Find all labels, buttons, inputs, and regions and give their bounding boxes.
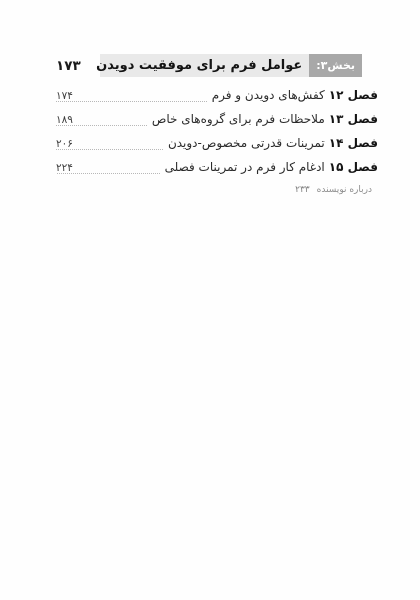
part-page-number: ۱۷۳ — [56, 58, 81, 74]
about-author-page-number: ۲۳۳ — [295, 185, 310, 195]
toc-entry: فصل ۱۲ کفش‌های دویدن و فرم ۱۷۴ — [56, 87, 378, 104]
chapter-label: فصل ۱۵ — [329, 159, 378, 176]
part-header-bar: بخش۳: عوامل فرم برای موفقیت دویدن — [100, 54, 362, 77]
chapter-page-number: ۱۷۴ — [56, 90, 73, 102]
about-author-label: درباره نویسنده — [317, 185, 372, 195]
part-number-label: بخش۳: — [309, 54, 362, 77]
part-title: عوامل فرم برای موفقیت دویدن — [96, 58, 302, 73]
dotted-leader — [56, 101, 207, 102]
toc-entry: فصل ۱۵ ادغام کار فرم در تمرینات فصلی ۲۲۴ — [56, 159, 378, 176]
chapter-label: فصل ۱۳ — [329, 111, 378, 128]
toc-entry: فصل ۱۴ تمرینات قدرتی مخصوص-دویدن ۲۰۶ — [56, 135, 378, 152]
part-header: بخش۳: عوامل فرم برای موفقیت دویدن ۱۷۳ — [56, 54, 378, 77]
chapter-title: کفش‌های دویدن و فرم — [212, 87, 325, 104]
toc-entry: فصل ۱۳ ملاحظات فرم برای گروه‌های خاص ۱۸۹ — [56, 111, 378, 128]
chapter-title: ملاحظات فرم برای گروه‌های خاص — [152, 111, 325, 128]
toc-page: بخش۳: عوامل فرم برای موفقیت دویدن ۱۷۳ فص… — [0, 0, 420, 600]
chapter-title: تمرینات قدرتی مخصوص-دویدن — [168, 135, 325, 152]
about-author-entry: درباره نویسنده ۲۳۳ — [56, 185, 372, 195]
chapter-page-number: ۲۰۶ — [56, 138, 73, 150]
chapter-page-number: ۲۲۴ — [56, 162, 73, 174]
chapter-label: فصل ۱۲ — [329, 87, 378, 104]
chapter-title: ادغام کار فرم در تمرینات فصلی — [165, 159, 325, 176]
chapter-page-number: ۱۸۹ — [56, 114, 73, 126]
chapter-label: فصل ۱۴ — [329, 135, 378, 152]
